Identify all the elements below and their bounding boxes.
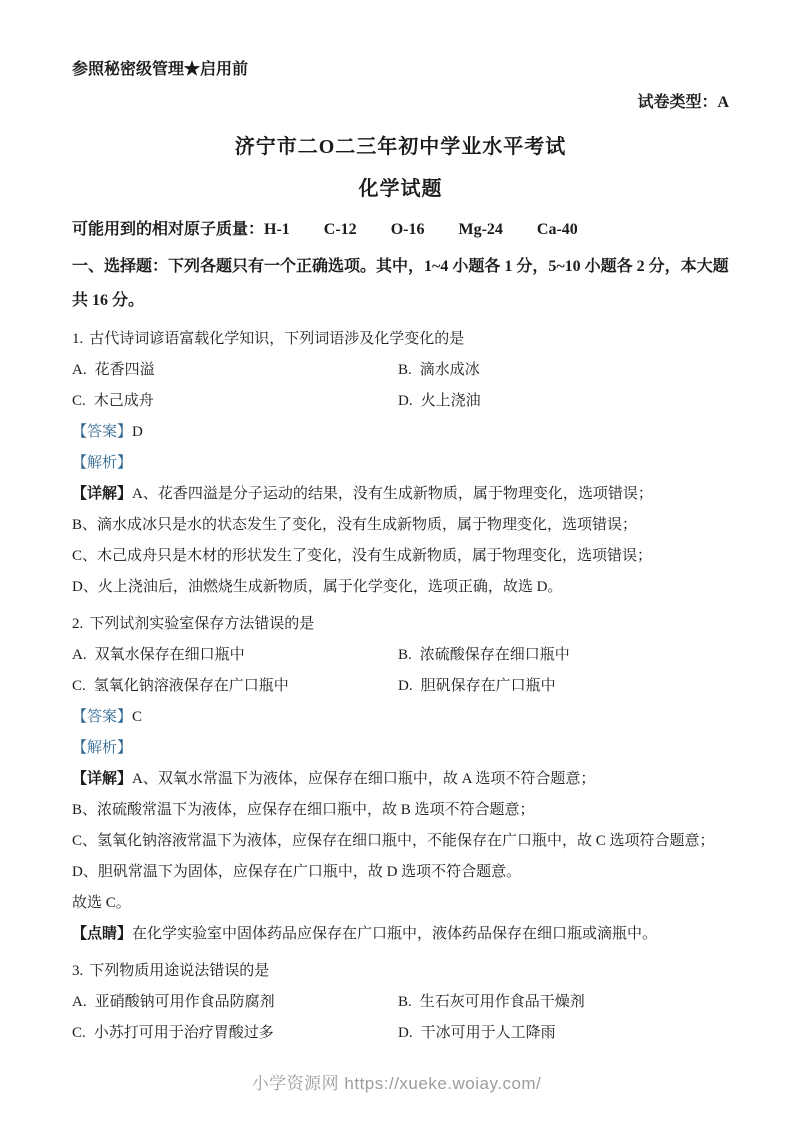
answer-value: C [132,709,142,725]
classification-notice: 参照秘密级管理★启用前 [72,60,729,80]
analysis-line: 【解析】 [72,448,729,479]
option-b: B.生石灰可用作食品干燥剂 [398,987,729,1018]
option-d: D.干冰可用于人工降雨 [398,1018,729,1049]
option-d: D.胆矾保存在广口瓶中 [398,671,729,702]
detail-label: 【详解】 [72,486,132,502]
option-c: C.小苏打可用于治疗胃酸过多 [72,1018,398,1049]
detail-line: C、木己成舟只是木材的形状发生了变化，没有生成新物质，属于物理变化，选项错误； [72,541,729,572]
paper-type: 试卷类型：A [72,92,729,114]
option-text: 浓硫酸保存在细口瓶中 [420,647,570,663]
tip-text: 在化学实验室中固体药品应保存在广口瓶中，液体药品保存在细口瓶或滴瓶中。 [132,926,657,942]
detail-line: 【详解】A、双氧水常温下为液体，应保存在细口瓶中，故 A 选项不符合题意； [72,764,729,795]
option-d: D.火上浇油 [398,386,729,417]
detail-line: D、胆矾常温下为固体，应保存在广口瓶中，故 D 选项不符合题意。 [72,857,729,888]
question-stem-text: 下列试剂实验室保存方法错误的是 [89,616,314,632]
option-text: 滴水成冰 [420,362,480,378]
option-letter: B. [398,994,412,1010]
tip-line: 【点睛】在化学实验室中固体药品应保存在广口瓶中，液体药品保存在细口瓶或滴瓶中。 [72,919,729,950]
analysis-label: 【解析】 [72,455,132,471]
option-letter: A. [72,994,87,1010]
answer-label: 【答案】 [72,709,132,725]
answer-value: D [132,424,143,440]
options-grid: A.花香四溢 B.滴水成冰 C.木己成舟 D.火上浇油 [72,355,729,417]
atomic-mass-value: Mg-24 [458,221,502,238]
option-text: 干冰可用于人工降雨 [421,1025,556,1041]
option-letter: D. [398,1025,413,1041]
question-stem-text: 古代诗词谚语富载化学知识，下列词语涉及化学变化的是 [89,331,464,347]
option-letter: B. [398,362,412,378]
question-number: 2. [72,616,83,632]
option-letter: A. [72,362,87,378]
answer-label: 【答案】 [72,424,132,440]
question-stem: 3.下列物质用途说法错误的是 [72,956,729,987]
question-stem: 2.下列试剂实验室保存方法错误的是 [72,609,729,640]
question-stem-text: 下列物质用途说法错误的是 [89,963,269,979]
question-block-1: 1.古代诗词谚语富载化学知识，下列词语涉及化学变化的是 A.花香四溢 B.滴水成… [72,324,729,603]
question-number: 3. [72,963,83,979]
option-c: C.氢氧化钠溶液保存在广口瓶中 [72,671,398,702]
detail-line: B、浓硫酸常温下为液体，应保存在细口瓶中，故 B 选项不符合题意； [72,795,729,826]
answer-line: 【答案】D [72,417,729,448]
option-text: 胆矾保存在广口瓶中 [421,678,556,694]
conclusion-line: 故选 C。 [72,888,729,919]
option-c: C.木己成舟 [72,386,398,417]
atomic-mass-label: 可能用到的相对原子质量： [72,221,264,238]
atomic-mass-line: 可能用到的相对原子质量：H-1C-12O-16Mg-24Ca-40 [72,218,729,242]
detail-line: 【详解】A、花香四溢是分子运动的结果，没有生成新物质，属于物理变化，选项错误； [72,479,729,510]
option-text: 生石灰可用作食品干燥剂 [420,994,585,1010]
detail-text: A、花香四溢是分子运动的结果，没有生成新物质，属于物理变化，选项错误； [132,486,653,502]
option-text: 双氧水保存在细口瓶中 [95,647,245,663]
option-text: 火上浇油 [421,393,481,409]
option-text: 小苏打可用于治疗胃酸过多 [94,1025,274,1041]
option-text: 亚硝酸钠可用作食品防腐剂 [95,994,275,1010]
atomic-mass-value: O-16 [391,221,425,238]
option-a: A.亚硝酸钠可用作食品防腐剂 [72,987,398,1018]
detail-label: 【详解】 [72,771,132,787]
option-b: B.滴水成冰 [398,355,729,386]
option-letter: C. [72,678,86,694]
question-stem: 1.古代诗词谚语富载化学知识，下列词语涉及化学变化的是 [72,324,729,355]
question-block-2: 2.下列试剂实验室保存方法错误的是 A.双氧水保存在细口瓶中 B.浓硫酸保存在细… [72,609,729,950]
option-letter: A. [72,647,87,663]
option-a: A.双氧水保存在细口瓶中 [72,640,398,671]
tip-label: 【点睛】 [72,926,132,942]
detail-line: D、火上浇油后，油燃烧生成新物质，属于化学变化，选项正确，故选 D。 [72,572,729,603]
exam-title: 济宁市二O二三年初中学业水平考试 [72,132,729,162]
footer-watermark: 小学资源网 https://xueke.woiay.com/ [0,1069,793,1094]
option-b: B.浓硫酸保存在细口瓶中 [398,640,729,671]
exam-paper-page: 参照秘密级管理★启用前 试卷类型：A 济宁市二O二三年初中学业水平考试 化学试题… [0,0,793,1122]
option-text: 木己成舟 [94,393,154,409]
analysis-label: 【解析】 [72,740,132,756]
option-letter: B. [398,647,412,663]
detail-line: B、滴水成冰只是水的状态发生了变化，没有生成新物质，属于物理变化，选项错误； [72,510,729,541]
option-text: 花香四溢 [95,362,155,378]
options-grid: A.亚硝酸钠可用作食品防腐剂 B.生石灰可用作食品干燥剂 C.小苏打可用于治疗胃… [72,987,729,1049]
option-text: 氢氧化钠溶液保存在广口瓶中 [94,678,289,694]
option-letter: D. [398,678,413,694]
answer-line: 【答案】C [72,702,729,733]
detail-text: A、双氧水常温下为液体，应保存在细口瓶中，故 A 选项不符合题意； [132,771,595,787]
question-number: 1. [72,331,83,347]
option-a: A.花香四溢 [72,355,398,386]
section-heading: 一、选择题：下列各题只有一个正确选项。其中，1~4 小题各 1 分，5~10 小… [72,250,729,318]
atomic-mass-value: C-12 [324,221,357,238]
detail-line: C、氢氧化钠溶液常温下为液体，应保存在细口瓶中，不能保存在广口瓶中，故 C 选项… [72,826,729,857]
atomic-mass-value: Ca-40 [537,221,578,238]
options-grid: A.双氧水保存在细口瓶中 B.浓硫酸保存在细口瓶中 C.氢氧化钠溶液保存在广口瓶… [72,640,729,702]
option-letter: C. [72,1025,86,1041]
option-letter: D. [398,393,413,409]
atomic-mass-value: H-1 [264,221,290,238]
question-block-3: 3.下列物质用途说法错误的是 A.亚硝酸钠可用作食品防腐剂 B.生石灰可用作食品… [72,956,729,1049]
exam-subtitle: 化学试题 [72,174,729,204]
option-letter: C. [72,393,86,409]
analysis-line: 【解析】 [72,733,729,764]
